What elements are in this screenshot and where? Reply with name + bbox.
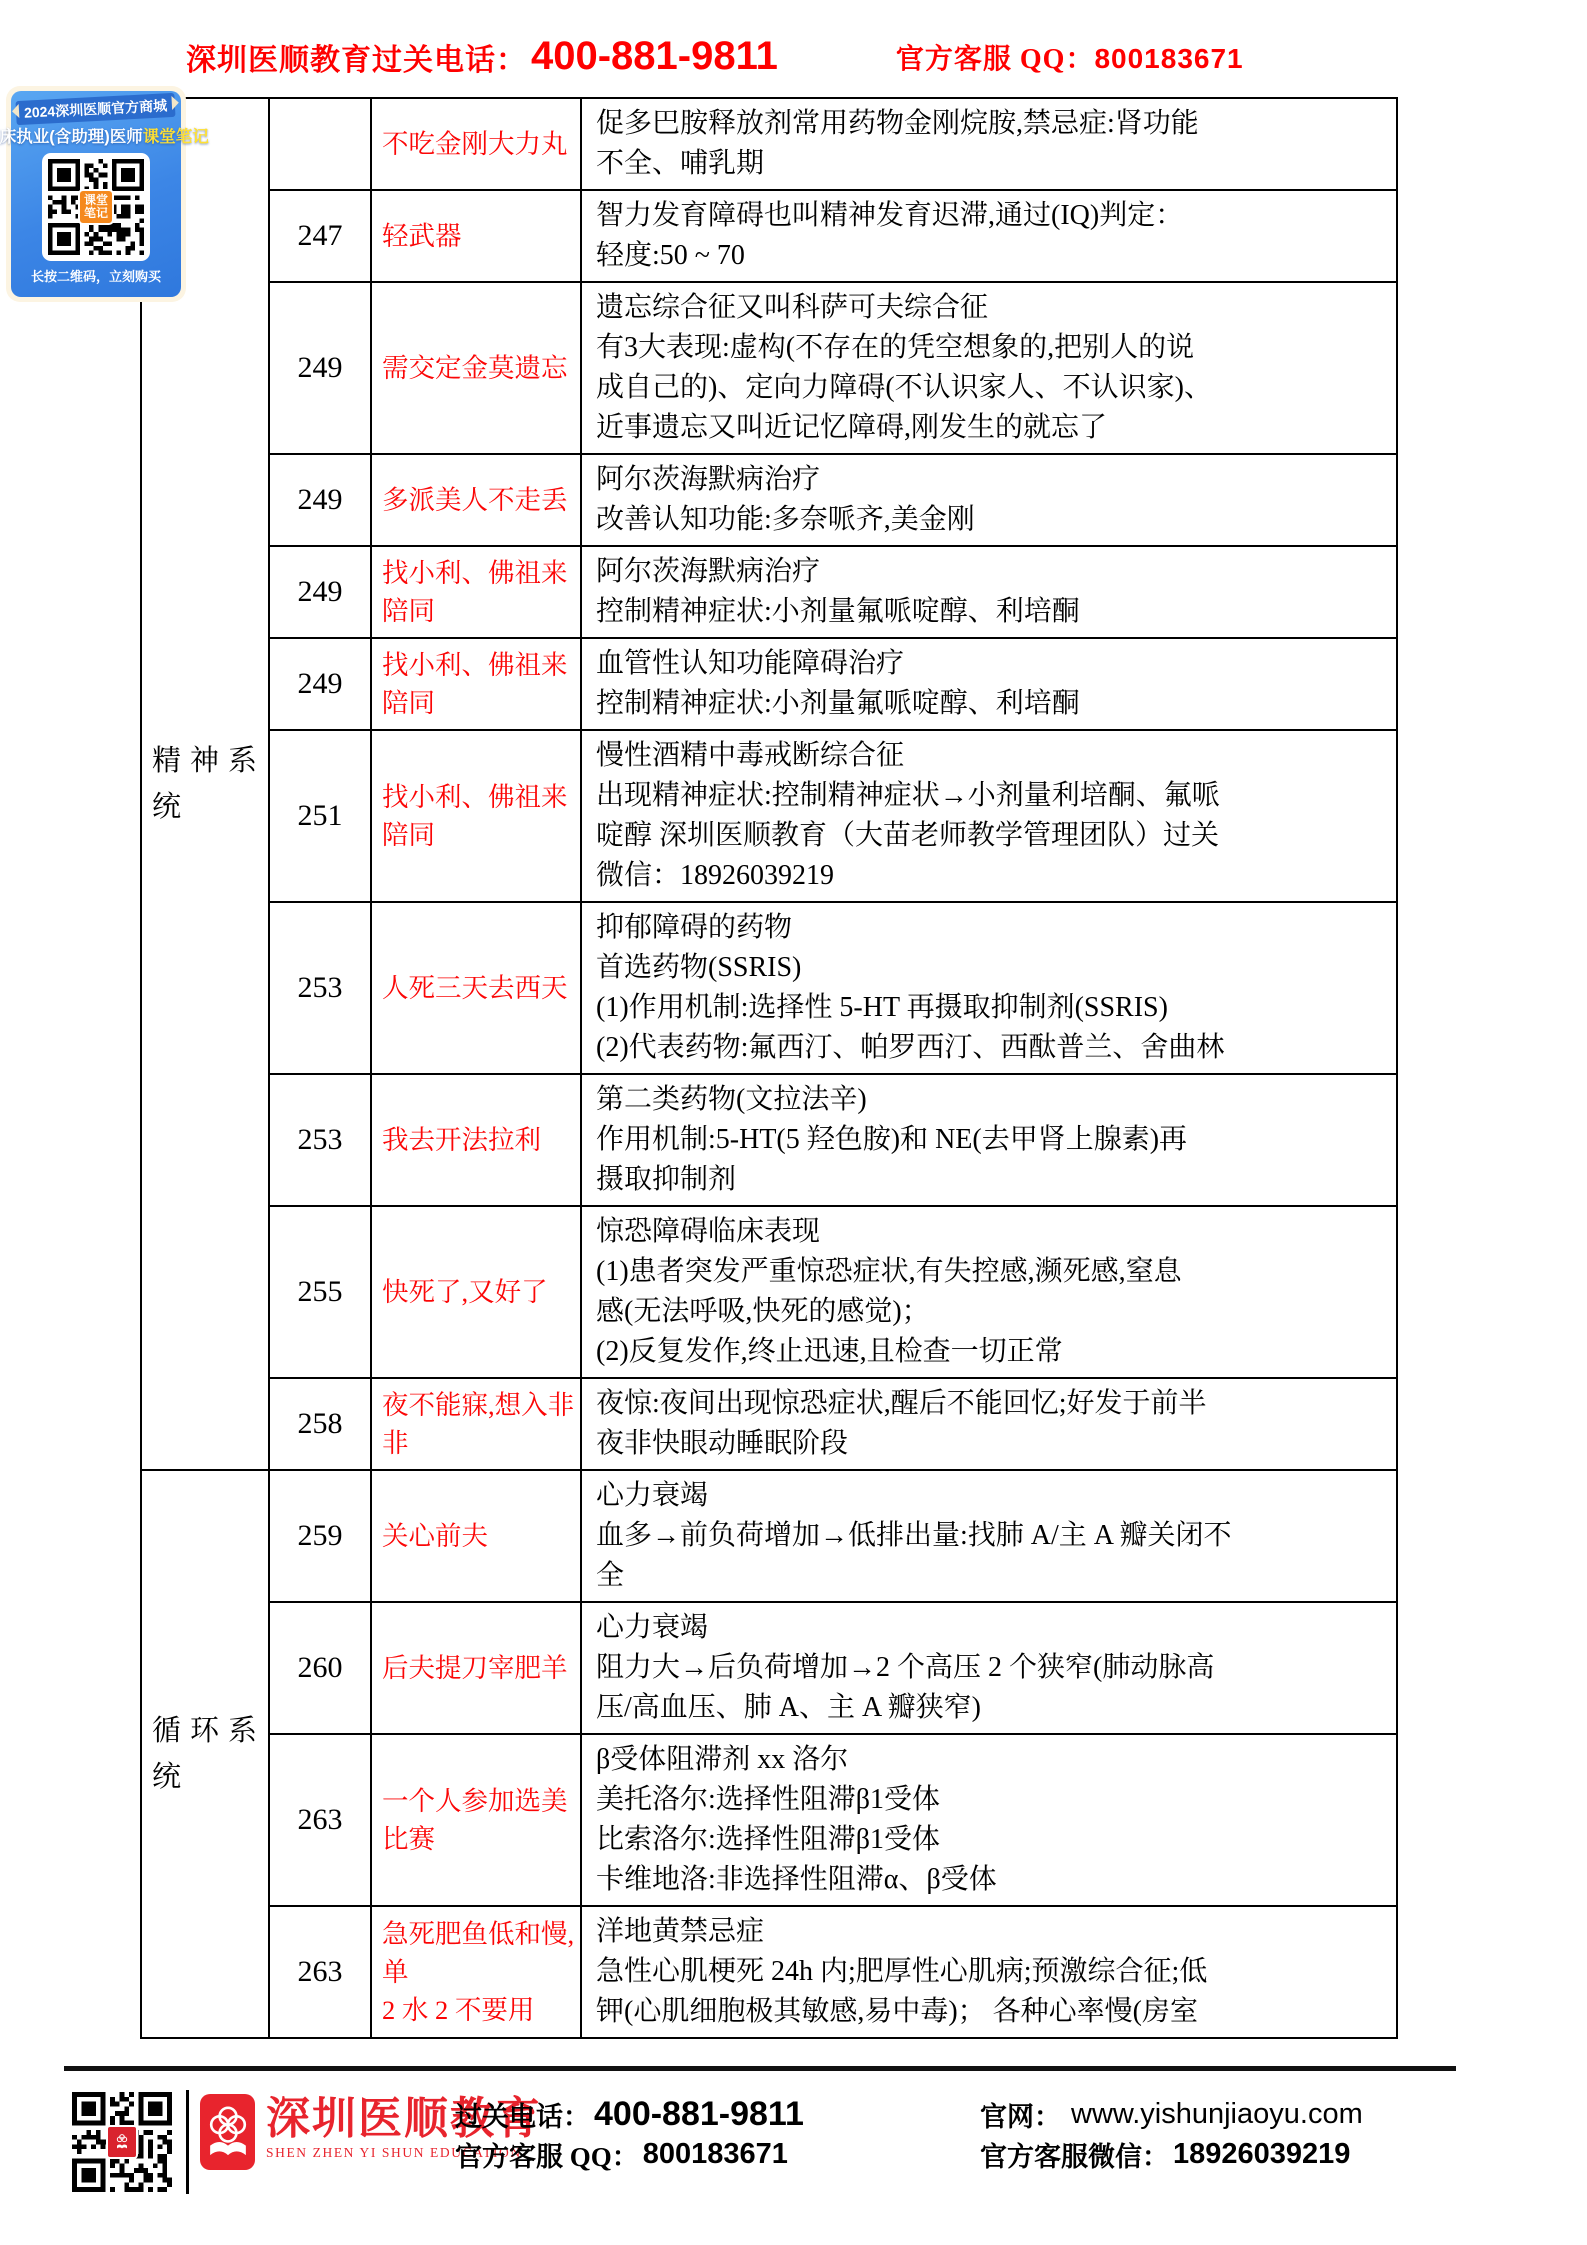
footer-qq-label: 官方客服 QQ： bbox=[455, 2135, 639, 2174]
footer-divider-line bbox=[64, 2066, 1456, 2071]
mnemonic: 快死了,又好了 bbox=[371, 1206, 581, 1378]
page-number: 263 bbox=[269, 1734, 371, 1906]
page-number: 249 bbox=[269, 546, 371, 638]
section-label-psychiatric: 精神系统 bbox=[141, 98, 269, 1470]
page-number: 253 bbox=[269, 902, 371, 1074]
mnemonic: 需交定金莫遗忘 bbox=[371, 282, 581, 454]
footer-qq-number: 800183671 bbox=[643, 2138, 788, 2171]
badge-title-white: 临床执业(含助理)医师 bbox=[0, 128, 143, 146]
header-phone-label: 深圳医顺教育过关电话： bbox=[186, 35, 527, 79]
qr-center-label: 课堂笔记 bbox=[78, 189, 114, 225]
note-content: 阿尔茨海默病治疗 控制精神症状:小剂量氟哌啶醇、利培酮 bbox=[581, 546, 1397, 638]
footer-phone-number: 400-881-9811 bbox=[594, 2095, 804, 2134]
mnemonic: 找小利、佛祖来陪同 bbox=[371, 730, 581, 902]
footer-vertical-divider bbox=[186, 2090, 189, 2194]
badge-caption: 长按二维码，立刻购买 bbox=[31, 266, 161, 285]
mnemonic: 后夫提刀宰肥羊 bbox=[371, 1602, 581, 1734]
mnemonic: 我去开法拉利 bbox=[371, 1074, 581, 1206]
note-content: 洋地黄禁忌症 急性心肌梗死 24h 内;肥厚性心肌病;预激综合征;低 钾(心肌细… bbox=[581, 1906, 1397, 2038]
note-content: 遗忘综合征又叫科萨可夫综合征 有3大表现:虚构(不存在的凭空想象的,把别人的说 … bbox=[581, 282, 1397, 454]
table-row: 249 找小利、佛祖来陪同 血管性认知功能障碍治疗 控制精神症状:小剂量氟哌啶醇… bbox=[141, 638, 1397, 730]
note-content: 心力衰竭 血多→前负荷增加→低排出量:找肺 A/主 A 瓣关闭不 全 bbox=[581, 1470, 1397, 1602]
page-number: 249 bbox=[269, 282, 371, 454]
note-content: 夜惊:夜间出现惊恐症状,醒后不能回忆;好发于前半 夜非快眼动睡眠阶段 bbox=[581, 1378, 1397, 1470]
page-number: 263 bbox=[269, 1906, 371, 2038]
brand-flower-icon bbox=[114, 2133, 130, 2151]
footer-qr-code bbox=[72, 2086, 172, 2198]
notes-table: 精神系统 不吃金刚大力丸 促多巴胺释放剂常用药物金刚烷胺,禁忌症:肾功能 不全、… bbox=[140, 97, 1398, 2039]
table-row: 251 找小利、佛祖来陪同 慢性酒精中毒戒断综合征 出现精神症状:控制精神症状→… bbox=[141, 730, 1397, 902]
page-number: 259 bbox=[269, 1470, 371, 1602]
note-content: 血管性认知功能障碍治疗 控制精神症状:小剂量氟哌啶醇、利培酮 bbox=[581, 638, 1397, 730]
note-content: β受体阻滞剂 xx 洛尔 美托洛尔:选择性阻滞β1受体 比索洛尔:选择性阻滞β1… bbox=[581, 1734, 1397, 1906]
table-row: 247 轻武器 智力发育障碍也叫精神发育迟滞,通过(IQ)判定： 轻度:50 ~… bbox=[141, 190, 1397, 282]
mnemonic: 一个人参加选美比赛 bbox=[371, 1734, 581, 1906]
page-header: 深圳医顺教育过关电话： 400-881-9811 官方客服 QQ：8001836… bbox=[186, 34, 1244, 79]
footer-qr-center-logo bbox=[106, 2125, 138, 2159]
page-number bbox=[269, 98, 371, 190]
table-row: 249 找小利、佛祖来陪同 阿尔茨海默病治疗 控制精神症状:小剂量氟哌啶醇、利培… bbox=[141, 546, 1397, 638]
table-row: 循环系统 259 关心前夫 心力衰竭 血多→前负荷增加→低排出量:找肺 A/主 … bbox=[141, 1470, 1397, 1602]
mnemonic: 人死三天去西天 bbox=[371, 902, 581, 1074]
mnemonic: 不吃金刚大力丸 bbox=[371, 98, 581, 190]
note-content: 慢性酒精中毒戒断综合征 出现精神症状:控制精神症状→小剂量利培酮、氟哌 啶醇 深… bbox=[581, 730, 1397, 902]
header-phone-number: 400-881-9811 bbox=[531, 34, 778, 79]
table-row: 255 快死了,又好了 惊恐障碍临床表现 (1)患者突发严重惊恐症状,有失控感,… bbox=[141, 1206, 1397, 1378]
footer-contact-phone: 过关电话： 400-881-9811 官方客服 QQ： 800183671 bbox=[455, 2094, 804, 2174]
page-number: 253 bbox=[269, 1074, 371, 1206]
mnemonic: 找小利、佛祖来陪同 bbox=[371, 638, 581, 730]
mnemonic: 急死肥鱼低和慢,单 2 水 2 不要用 bbox=[371, 1906, 581, 2038]
note-content: 心力衰竭 阻力大→后负荷增加→2 个高压 2 个狭窄(肺动脉高 压/高血压、肺 … bbox=[581, 1602, 1397, 1734]
note-content: 阿尔茨海默病治疗 改善认知功能:多奈哌齐,美金刚 bbox=[581, 454, 1397, 546]
mnemonic: 夜不能寐,想入非非 bbox=[371, 1378, 581, 1470]
promo-badge: 2024深圳医顺官方商城 临床执业(含助理)医师课堂笔记 课堂笔记 长按二维码，… bbox=[6, 86, 186, 302]
badge-title: 临床执业(含助理)医师课堂笔记 bbox=[0, 127, 209, 147]
page-number: 247 bbox=[269, 190, 371, 282]
badge-qr-code: 课堂笔记 bbox=[42, 153, 150, 261]
table-row: 精神系统 不吃金刚大力丸 促多巴胺释放剂常用药物金刚烷胺,禁忌症:肾功能 不全、… bbox=[141, 98, 1397, 190]
table-row: 260 后夫提刀宰肥羊 心力衰竭 阻力大→后负荷增加→2 个高压 2 个狭窄(肺… bbox=[141, 1602, 1397, 1734]
page-number: 258 bbox=[269, 1378, 371, 1470]
badge-ribbon-text: 2024深圳医顺官方商城 bbox=[24, 97, 168, 120]
promo-badge-card: 2024深圳医顺官方商城 临床执业(含助理)医师课堂笔记 课堂笔记 长按二维码，… bbox=[11, 91, 181, 297]
footer-wechat-number: 18926039219 bbox=[1173, 2138, 1350, 2171]
header-qq-label: 官方客服 QQ： bbox=[896, 44, 1095, 75]
badge-title-yellow: 课堂笔记 bbox=[143, 128, 209, 146]
mnemonic: 轻武器 bbox=[371, 190, 581, 282]
footer-wechat-label: 官方客服微信： bbox=[980, 2135, 1169, 2174]
table-row: 249 需交定金莫遗忘 遗忘综合征又叫科萨可夫综合征 有3大表现:虚构(不存在的… bbox=[141, 282, 1397, 454]
page-number: 260 bbox=[269, 1602, 371, 1734]
header-qq: 官方客服 QQ：800183671 bbox=[896, 37, 1244, 77]
section-label-circulatory: 循环系统 bbox=[141, 1470, 269, 2038]
note-content: 促多巴胺释放剂常用药物金刚烷胺,禁忌症:肾功能 不全、哺乳期 bbox=[581, 98, 1397, 190]
note-content: 智力发育障碍也叫精神发育迟滞,通过(IQ)判定： 轻度:50 ~ 70 bbox=[581, 190, 1397, 282]
page-number: 249 bbox=[269, 454, 371, 546]
page-number: 249 bbox=[269, 638, 371, 730]
footer-contact-web: 官网： www.yishunjiaoyu.com 官方客服微信： 1892603… bbox=[980, 2094, 1363, 2174]
table-row: 249 多派美人不走丢 阿尔茨海默病治疗 改善认知功能:多奈哌齐,美金刚 bbox=[141, 454, 1397, 546]
header-qq-number: 800183671 bbox=[1094, 43, 1243, 74]
brand-flower-book-icon bbox=[207, 2103, 249, 2161]
page-number: 255 bbox=[269, 1206, 371, 1378]
table-row: 263 急死肥鱼低和慢,单 2 水 2 不要用 洋地黄禁忌症 急性心肌梗死 24… bbox=[141, 1906, 1397, 2038]
mnemonic: 关心前夫 bbox=[371, 1470, 581, 1602]
page-number: 251 bbox=[269, 730, 371, 902]
table-row: 263 一个人参加选美比赛 β受体阻滞剂 xx 洛尔 美托洛尔:选择性阻滞β1受… bbox=[141, 1734, 1397, 1906]
mnemonic: 多派美人不走丢 bbox=[371, 454, 581, 546]
footer-site-url: www.yishunjiaoyu.com bbox=[1071, 2098, 1363, 2131]
table-row: 253 人死三天去西天 抑郁障碍的药物 首选药物(SSRIS) (1)作用机制:… bbox=[141, 902, 1397, 1074]
footer-site-label: 官网： bbox=[980, 2095, 1061, 2134]
footer-brand-logo bbox=[200, 2094, 255, 2170]
mnemonic: 找小利、佛祖来陪同 bbox=[371, 546, 581, 638]
note-content: 第二类药物(文拉法辛) 作用机制:5-HT(5 羟色胺)和 NE(去甲肾上腺素)… bbox=[581, 1074, 1397, 1206]
badge-ribbon: 2024深圳医顺官方商城 bbox=[16, 93, 176, 125]
note-content: 惊恐障碍临床表现 (1)患者突发严重惊恐症状,有失控感,濒死感,窒息 感(无法呼… bbox=[581, 1206, 1397, 1378]
note-content: 抑郁障碍的药物 首选药物(SSRIS) (1)作用机制:选择性 5-HT 再摄取… bbox=[581, 902, 1397, 1074]
table-row: 253 我去开法拉利 第二类药物(文拉法辛) 作用机制:5-HT(5 羟色胺)和… bbox=[141, 1074, 1397, 1206]
table-row: 258 夜不能寐,想入非非 夜惊:夜间出现惊恐症状,醒后不能回忆;好发于前半 夜… bbox=[141, 1378, 1397, 1470]
footer-phone-label: 过关电话： bbox=[455, 2095, 590, 2134]
